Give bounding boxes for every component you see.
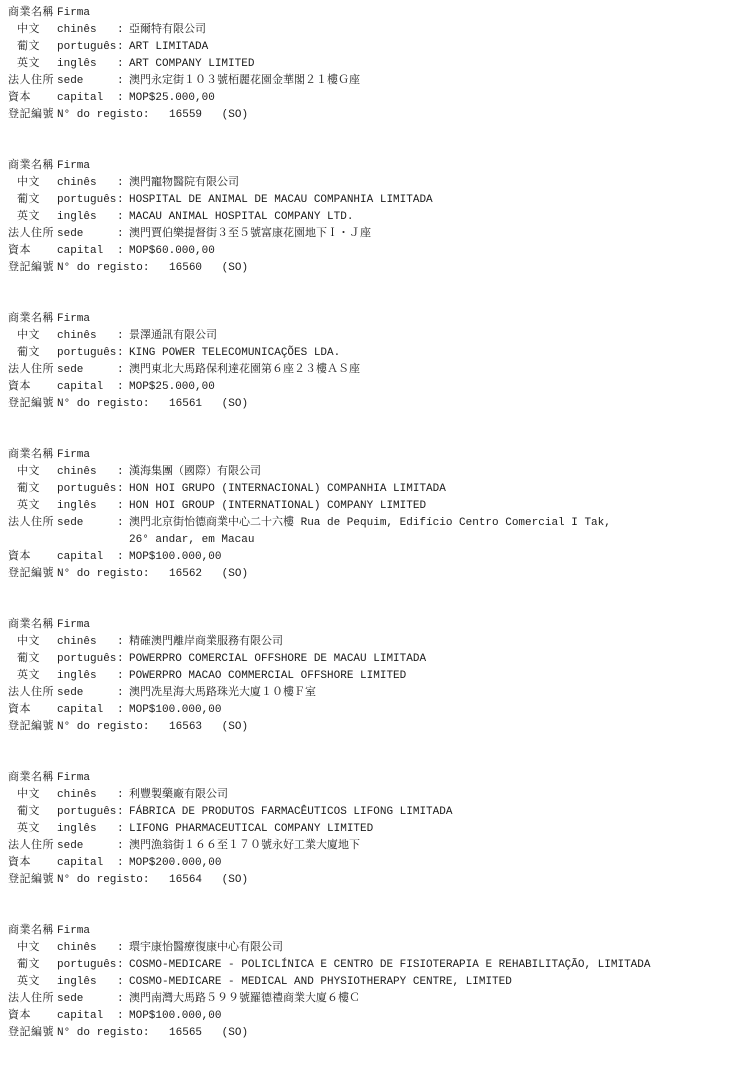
registry-number-value: 16562 [169,568,202,580]
chinese-label-zh: 中文 [8,328,57,345]
registered-address-row: 法人住所 sede : 澳門南灣大馬路５９９號羅德禮商業大廈６樓Ｃ [8,991,732,1008]
english-label-pt: inglês [57,56,117,73]
capital-value: MOP$100.000,00 [129,702,732,719]
capital-label-pt: capital [57,549,117,566]
capital-row: 資本 capital : MOP$25.000,00 [8,90,732,107]
english-name-row: 英文 inglês : LIFONG PHARMACEUTICAL COMPAN… [8,821,732,838]
chinese-name-value: 景澤通訊有限公司 [129,328,732,345]
portuguese-label-zh: 葡文 [8,651,57,668]
firm-label-zh: 商業名稱 [8,311,57,328]
english-name-row: 英文 inglês : COSMO-MEDICARE - MEDICAL AND… [8,974,732,991]
registry-number-row: 登記編號 N° do registo: 16559 (SO) [8,107,732,124]
registry-label-pt: N° do registo: [57,398,149,410]
registry-number-row: 登記編號 N° do registo: 16564 (SO) [8,872,732,889]
chinese-label-pt: chinês [57,464,117,481]
chinese-name-row: 中文 chinês : 亞爾特有限公司 [8,22,732,39]
english-label-pt: inglês [57,209,117,226]
portuguese-name-value: KING POWER TELECOMUNICAÇÕES LDA. [129,345,732,362]
chinese-name-row: 中文 chinês : 澳門寵物醫院有限公司 [8,175,732,192]
colon: : [117,991,129,1008]
registry-rest: N° do registo: 16559 (SO) [57,107,732,124]
english-label-zh: 英文 [8,209,57,226]
capital-row: 資本 capital : MOP$60.000,00 [8,243,732,260]
capital-label-zh: 資本 [8,1008,57,1025]
chinese-name-row: 中文 chinês : 利豐製藥廠有限公司 [8,787,732,804]
colon: : [117,634,129,651]
portuguese-label-pt: português [57,192,117,209]
registered-address-value: 澳門北京街怡德商業中心二十六樓 Rua de Pequim, Edifício … [129,515,732,549]
registry-number-value: 16560 [169,262,202,274]
chinese-label-pt: chinês [57,940,117,957]
capital-label-zh: 資本 [8,855,57,872]
registered-address-row: 法人住所 sede : 澳門東北大馬路保利達花園第６座２３樓ＡＳ座 [8,362,732,379]
address-label-pt: sede [57,73,117,90]
capital-row: 資本 capital : MOP$25.000,00 [8,379,732,396]
capital-row: 資本 capital : MOP$100.000,00 [8,702,732,719]
address-label-pt: sede [57,515,117,532]
capital-label-pt: capital [57,243,117,260]
registry-label-zh: 登記編號 [8,260,57,277]
english-label-pt: inglês [57,821,117,838]
registered-address-row: 法人住所 sede : 澳門賈伯樂提督街３至５號富康花園地下Ｉ・Ｊ座 [8,226,732,243]
portuguese-label-zh: 葡文 [8,804,57,821]
registry-gazette-page: 商業名稱 Firma 中文 chinês : 亞爾特有限公司 葡文 portug… [0,0,736,1042]
portuguese-label-pt: português [57,481,117,498]
colon: : [117,821,129,838]
registry-office-code: (SO) [222,874,248,886]
firm-label-zh: 商業名稱 [8,5,57,22]
chinese-name-row: 中文 chinês : 漢海集團（國際）有限公司 [8,464,732,481]
colon: : [117,345,129,362]
capital-value: MOP$100.000,00 [129,549,732,566]
address-label-pt: sede [57,226,117,243]
firm-label-pt: Firma [57,311,117,328]
registry-label-zh: 登記編號 [8,566,57,583]
portuguese-name-value: ART LIMITADA [129,39,732,56]
firm-label-zh: 商業名稱 [8,923,57,940]
company-record: 商業名稱 Firma 中文 chinês : 澳門寵物醫院有限公司 葡文 por… [8,158,732,277]
english-name-row: 英文 inglês : POWERPRO MACAO COMMERCIAL OF… [8,668,732,685]
registry-office-code: (SO) [222,262,248,274]
colon: : [117,481,129,498]
english-name-row: 英文 inglês : HON HOI GROUP (INTERNATIONAL… [8,498,732,515]
portuguese-name-value: FÁBRICA DE PRODUTOS FARMACÊUTICOS LIFONG… [129,804,732,821]
capital-label-zh: 資本 [8,702,57,719]
portuguese-name-row: 葡文 português : ART LIMITADA [8,39,732,56]
registry-label-zh: 登記編號 [8,719,57,736]
colon: : [117,1008,129,1025]
capital-value: MOP$200.000,00 [129,855,732,872]
colon: : [117,22,129,39]
registry-label-zh: 登記編號 [8,107,57,124]
english-label-zh: 英文 [8,668,57,685]
registry-number-value: 16561 [169,398,202,410]
registry-label-zh: 登記編號 [8,396,57,413]
colon: : [117,73,129,90]
firm-label-pt: Firma [57,770,117,787]
registry-label-pt: N° do registo: [57,262,149,274]
colon: : [117,226,129,243]
portuguese-label-zh: 葡文 [8,345,57,362]
registered-address-row: 法人住所 sede : 澳門漁翁街１６６至１７０號永好工業大廈地下 [8,838,732,855]
firm-label-pt: Firma [57,617,117,634]
address-label-zh: 法人住所 [8,991,57,1008]
portuguese-name-row: 葡文 português : POWERPRO COMERCIAL OFFSHO… [8,651,732,668]
portuguese-label-zh: 葡文 [8,957,57,974]
english-name-value: LIFONG PHARMACEUTICAL COMPANY LIMITED [129,821,732,838]
registered-address-value: 澳門永定街１０３號栢麗花園金華閣２１樓Ｇ座 [129,73,732,90]
portuguese-name-row: 葡文 português : COSMO-MEDICARE - POLICLÍN… [8,957,732,974]
capital-label-pt: capital [57,90,117,107]
colon: : [117,175,129,192]
capital-label-pt: capital [57,379,117,396]
english-name-value: COSMO-MEDICARE - MEDICAL AND PHYSIOTHERA… [129,974,732,991]
english-name-row: 英文 inglês : ART COMPANY LIMITED [8,56,732,73]
firm-header-row: 商業名稱 Firma [8,770,732,787]
chinese-label-zh: 中文 [8,22,57,39]
colon: : [117,702,129,719]
portuguese-label-zh: 葡文 [8,39,57,56]
english-label-zh: 英文 [8,974,57,991]
firm-label-zh: 商業名稱 [8,617,57,634]
portuguese-name-value: HOSPITAL DE ANIMAL DE MACAU COMPANHIA LI… [129,192,732,209]
chinese-label-pt: chinês [57,634,117,651]
firm-header-row: 商業名稱 Firma [8,5,732,22]
firm-header-row: 商業名稱 Firma [8,158,732,175]
registry-label-zh: 登記編號 [8,872,57,889]
english-label-zh: 英文 [8,56,57,73]
chinese-label-zh: 中文 [8,940,57,957]
registered-address-value: 澳門賈伯樂提督街３至５號富康花園地下Ｉ・Ｊ座 [129,226,732,243]
registry-rest: N° do registo: 16565 (SO) [57,1025,732,1042]
capital-label-zh: 資本 [8,379,57,396]
chinese-name-value: 澳門寵物醫院有限公司 [129,175,732,192]
registry-office-code: (SO) [222,568,248,580]
portuguese-name-value: HON HOI GRUPO (INTERNACIONAL) COMPANHIA … [129,481,732,498]
chinese-name-row: 中文 chinês : 景澤通訊有限公司 [8,328,732,345]
registered-address-value: 澳門漁翁街１６６至１７０號永好工業大廈地下 [129,838,732,855]
registry-label-pt: N° do registo: [57,721,149,733]
firm-header-row: 商業名稱 Firma [8,923,732,940]
address-label-zh: 法人住所 [8,685,57,702]
registry-label-zh: 登記編號 [8,1025,57,1042]
registered-address-row: 法人住所 sede : 澳門北京街怡德商業中心二十六樓 Rua de Pequi… [8,515,732,549]
colon: : [117,192,129,209]
english-name-value: MACAU ANIMAL HOSPITAL COMPANY LTD. [129,209,732,226]
company-record: 商業名稱 Firma 中文 chinês : 景澤通訊有限公司 葡文 portu… [8,311,732,413]
colon: : [117,56,129,73]
address-label-pt: sede [57,991,117,1008]
chinese-label-pt: chinês [57,175,117,192]
chinese-label-pt: chinês [57,787,117,804]
portuguese-label-pt: português [57,957,117,974]
capital-label-pt: capital [57,1008,117,1025]
registry-rest: N° do registo: 16560 (SO) [57,260,732,277]
firm-label-pt: Firma [57,447,117,464]
portuguese-label-zh: 葡文 [8,481,57,498]
portuguese-label-pt: português [57,39,117,56]
capital-label-pt: capital [57,702,117,719]
colon: : [117,804,129,821]
capital-value: MOP$100.000,00 [129,1008,732,1025]
capital-label-pt: capital [57,855,117,872]
company-record: 商業名稱 Firma 中文 chinês : 利豐製藥廠有限公司 葡文 port… [8,770,732,889]
chinese-label-zh: 中文 [8,464,57,481]
firm-label-zh: 商業名稱 [8,770,57,787]
firm-label-pt: Firma [57,923,117,940]
colon: : [117,515,129,532]
registry-number-row: 登記編號 N° do registo: 16561 (SO) [8,396,732,413]
portuguese-name-row: 葡文 português : KING POWER TELECOMUNICAÇÕ… [8,345,732,362]
firm-label-pt: Firma [57,5,117,22]
registry-rest: N° do registo: 16564 (SO) [57,872,732,889]
firm-label-zh: 商業名稱 [8,447,57,464]
registry-rest: N° do registo: 16563 (SO) [57,719,732,736]
portuguese-name-row: 葡文 português : FÁBRICA DE PRODUTOS FARMA… [8,804,732,821]
colon: : [117,940,129,957]
registry-number-value: 16565 [169,1027,202,1039]
registry-label-pt: N° do registo: [57,109,149,121]
address-label-pt: sede [57,685,117,702]
registry-number-row: 登記編號 N° do registo: 16560 (SO) [8,260,732,277]
firm-label-pt: Firma [57,158,117,175]
company-record: 商業名稱 Firma 中文 chinês : 亞爾特有限公司 葡文 portug… [8,5,732,124]
capital-row: 資本 capital : MOP$100.000,00 [8,549,732,566]
registered-address-value: 澳門南灣大馬路５９９號羅德禮商業大廈６樓Ｃ [129,991,732,1008]
chinese-name-row: 中文 chinês : 環宇康怡醫療復康中心有限公司 [8,940,732,957]
registry-number-row: 登記編號 N° do registo: 16562 (SO) [8,566,732,583]
english-name-value: POWERPRO MACAO COMMERCIAL OFFSHORE LIMIT… [129,668,732,685]
colon: : [117,838,129,855]
portuguese-name-value: COSMO-MEDICARE - POLICLÍNICA E CENTRO DE… [129,957,732,974]
colon: : [117,39,129,56]
colon: : [117,328,129,345]
chinese-name-value: 精確澳門離岸商業服務有限公司 [129,634,732,651]
colon: : [117,957,129,974]
registered-address-row: 法人住所 sede : 澳門永定街１０３號栢麗花園金華閣２１樓Ｇ座 [8,73,732,90]
registry-label-pt: N° do registo: [57,1027,149,1039]
registry-office-code: (SO) [222,398,248,410]
address-label-zh: 法人住所 [8,515,57,532]
company-record: 商業名稱 Firma 中文 chinês : 精確澳門離岸商業服務有限公司 葡文… [8,617,732,736]
chinese-label-zh: 中文 [8,787,57,804]
registry-number-value: 16564 [169,874,202,886]
chinese-name-value: 環宇康怡醫療復康中心有限公司 [129,940,732,957]
portuguese-name-value: POWERPRO COMERCIAL OFFSHORE DE MACAU LIM… [129,651,732,668]
registry-office-code: (SO) [222,1027,248,1039]
english-label-pt: inglês [57,498,117,515]
chinese-name-value: 利豐製藥廠有限公司 [129,787,732,804]
english-label-zh: 英文 [8,498,57,515]
address-label-zh: 法人住所 [8,73,57,90]
colon: : [117,549,129,566]
colon: : [117,498,129,515]
chinese-name-value: 漢海集團（國際）有限公司 [129,464,732,481]
registry-label-pt: N° do registo: [57,874,149,886]
company-record: 商業名稱 Firma 中文 chinês : 漢海集團（國際）有限公司 葡文 p… [8,447,732,583]
portuguese-name-row: 葡文 português : HOSPITAL DE ANIMAL DE MAC… [8,192,732,209]
registry-office-code: (SO) [222,721,248,733]
capital-value: MOP$60.000,00 [129,243,732,260]
registry-office-code: (SO) [222,109,248,121]
chinese-label-zh: 中文 [8,175,57,192]
english-name-value: ART COMPANY LIMITED [129,56,732,73]
capital-row: 資本 capital : MOP$100.000,00 [8,1008,732,1025]
chinese-label-zh: 中文 [8,634,57,651]
capital-label-zh: 資本 [8,549,57,566]
english-label-pt: inglês [57,974,117,991]
firm-header-row: 商業名稱 Firma [8,617,732,634]
registry-number-value: 16563 [169,721,202,733]
colon: : [117,685,129,702]
colon: : [117,787,129,804]
chinese-name-row: 中文 chinês : 精確澳門離岸商業服務有限公司 [8,634,732,651]
capital-value: MOP$25.000,00 [129,90,732,107]
address-label-zh: 法人住所 [8,362,57,379]
registry-label-pt: N° do registo: [57,568,149,580]
english-name-value: HON HOI GROUP (INTERNATIONAL) COMPANY LI… [129,498,732,515]
registry-number-row: 登記編號 N° do registo: 16565 (SO) [8,1025,732,1042]
chinese-label-pt: chinês [57,328,117,345]
colon: : [117,974,129,991]
colon: : [117,464,129,481]
chinese-label-pt: chinês [57,22,117,39]
firm-header-row: 商業名稱 Firma [8,311,732,328]
english-label-zh: 英文 [8,821,57,838]
portuguese-label-zh: 葡文 [8,192,57,209]
colon: : [117,362,129,379]
company-record: 商業名稱 Firma 中文 chinês : 環宇康怡醫療復康中心有限公司 葡文… [8,923,732,1042]
colon: : [117,855,129,872]
registry-rest: N° do registo: 16561 (SO) [57,396,732,413]
colon: : [117,668,129,685]
capital-row: 資本 capital : MOP$200.000,00 [8,855,732,872]
portuguese-label-pt: português [57,804,117,821]
colon: : [117,243,129,260]
colon: : [117,90,129,107]
colon: : [117,651,129,668]
capital-label-zh: 資本 [8,90,57,107]
capital-value: MOP$25.000,00 [129,379,732,396]
address-label-zh: 法人住所 [8,226,57,243]
registered-address-value: 澳門東北大馬路保利達花園第６座２３樓ＡＳ座 [129,362,732,379]
firm-header-row: 商業名稱 Firma [8,447,732,464]
capital-label-zh: 資本 [8,243,57,260]
firm-label-zh: 商業名稱 [8,158,57,175]
registered-address-row: 法人住所 sede : 澳門冼星海大馬路珠光大廈１０樓Ｆ室 [8,685,732,702]
portuguese-label-pt: português [57,345,117,362]
english-name-row: 英文 inglês : MACAU ANIMAL HOSPITAL COMPAN… [8,209,732,226]
portuguese-name-row: 葡文 português : HON HOI GRUPO (INTERNACIO… [8,481,732,498]
registry-rest: N° do registo: 16562 (SO) [57,566,732,583]
registered-address-value: 澳門冼星海大馬路珠光大廈１０樓Ｆ室 [129,685,732,702]
english-label-pt: inglês [57,668,117,685]
registry-number-row: 登記編號 N° do registo: 16563 (SO) [8,719,732,736]
chinese-name-value: 亞爾特有限公司 [129,22,732,39]
colon: : [117,209,129,226]
address-label-pt: sede [57,362,117,379]
address-label-zh: 法人住所 [8,838,57,855]
registry-number-value: 16559 [169,109,202,121]
colon: : [117,379,129,396]
address-label-pt: sede [57,838,117,855]
portuguese-label-pt: português [57,651,117,668]
